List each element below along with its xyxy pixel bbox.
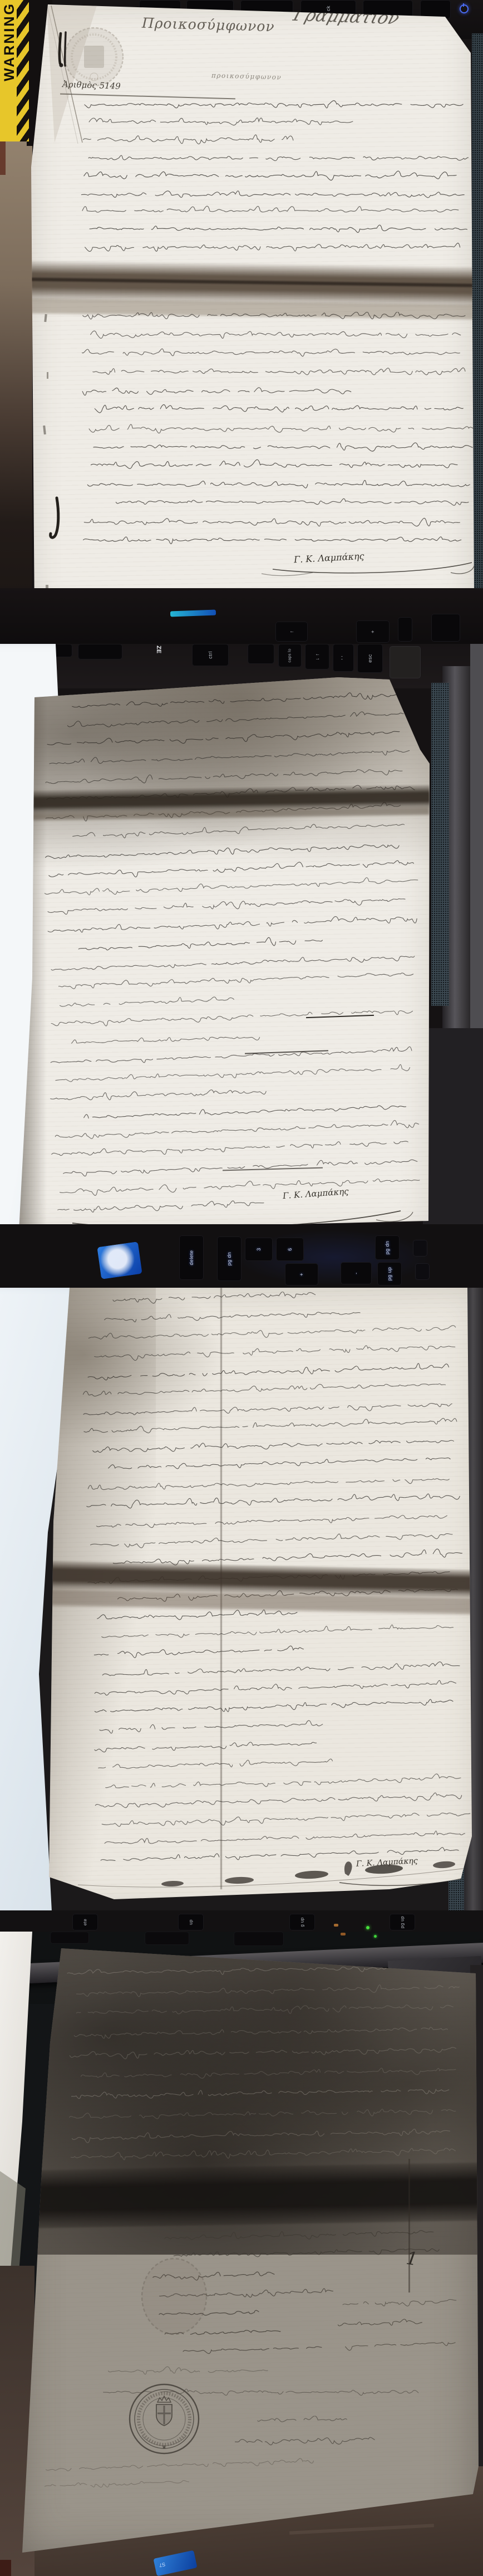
key-label: pg up: [387, 1267, 392, 1281]
keyboard-key: +: [356, 620, 390, 643]
keyboard-key: [50, 1932, 89, 1944]
keyboard-key-pgdn2: pg dn: [375, 1235, 400, 1260]
keyboard-bottom-strip: delete pg dn 3 6 + - pg dn pg up: [0, 1224, 483, 1288]
maroon-sliver: [0, 2560, 11, 2576]
keyboard-bottom-strip: ↑ +: [0, 588, 483, 644]
keyboard-key-pgup: pg up: [377, 1262, 402, 1285]
power-button-icon: [460, 4, 469, 13]
key-label: delete: [189, 1250, 194, 1265]
keyboard-top-strip: ZE ctrl caps lo ↓ ↑ ’ ’ esc: [0, 644, 483, 688]
keyboard-key-esc: esc: [357, 644, 383, 673]
svg-text:★: ★: [162, 2445, 167, 2451]
key-label: ctrl: [208, 651, 213, 659]
keyboard-key-minus: -: [341, 1262, 372, 1284]
key-label: ↓ ↑: [314, 653, 320, 661]
blue-sticker: [97, 1241, 142, 1279]
keyboard-key-ctrl: ctrl: [192, 644, 229, 666]
bezel-logo: ZE: [155, 646, 162, 653]
photo-3: Γ. Κ. Λαμπάκης ete up g up pg up: [0, 1288, 483, 1932]
tape-text: WARNING: [2, 2, 18, 81]
keyboard-bottom-strip: ete up g up pg up: [0, 1910, 483, 1932]
keyboard-key-pgup2: pg up: [390, 1914, 415, 1930]
keyboard-key-delete: delete: [179, 1235, 204, 1280]
handwritten-text-block: [58, 312, 475, 561]
handwritten-text-block: [28, 697, 421, 1223]
photo-collage: ck WARNING: [0, 0, 483, 2576]
margin-stain: [47, 372, 48, 379]
keyboard-key: [248, 644, 274, 664]
notary-script-right: [328, 2299, 467, 2366]
document-page-4: 1 ★: [17, 1943, 479, 2558]
keyboard-key-up: up: [178, 1914, 204, 1930]
margin-stain: [44, 314, 47, 322]
keyboard-key-delete: ete: [72, 1914, 98, 1930]
key-label: 3: [256, 1248, 262, 1250]
green-led: [366, 1926, 369, 1929]
ink-strokes: [57, 31, 72, 71]
key-label: ’ ’: [341, 656, 346, 659]
keyboard-key: [390, 646, 421, 678]
key-label: -: [353, 1272, 359, 1274]
laptop-side-gray: [470, 644, 483, 1045]
key-label: ck: [326, 6, 331, 11]
faint-handwriting-light: [50, 1965, 462, 2171]
speaker-grille: [431, 683, 449, 1006]
keyboard-key: [431, 614, 460, 642]
photo-4: 1 ★ S7: [0, 1932, 483, 2576]
key-label: pg up: [400, 1916, 405, 1928]
document-page-1: Προικοσύμφωνον Γραμμάτιον προικοσύμφωνον…: [28, 2, 476, 620]
tape-stripes: [17, 0, 29, 141]
blue-reflection: [170, 610, 216, 617]
script-right-of-seal: [217, 2416, 384, 2461]
table-red-sliver: [0, 140, 6, 175]
handwritten-text-block: [56, 100, 471, 267]
document-number: Ἀριθμὸς 5149: [62, 79, 121, 91]
handwritten-text-block: [39, 2461, 317, 2494]
warning-tape: WARNING: [0, 0, 29, 141]
key-label: ete: [83, 1919, 88, 1925]
sticker-label: S7: [159, 2562, 166, 2568]
keyboard-key: [78, 644, 122, 659]
document-page-2: Γ. Κ. Λαμπάκης: [11, 666, 434, 1240]
orange-indicator: [334, 1924, 338, 1927]
vertical-crease: [408, 2159, 410, 2293]
keyboard-key-up: ↑: [275, 622, 308, 642]
table-streak: [289, 2524, 434, 2535]
keyboard-key-arrows: ↓ ↑: [305, 644, 329, 669]
faint-round-stamp: [138, 2255, 210, 2338]
official-seal: ★: [125, 2380, 203, 2458]
document-page-3: Γ. Κ. Λαμπάκης: [33, 1288, 479, 1912]
key-label: g up: [300, 1917, 305, 1927]
key-label: +: [370, 630, 376, 633]
key-label: 6: [287, 1248, 293, 1250]
key-label: pg dn: [226, 1252, 232, 1266]
keyboard-key-pgdn: pg dn: [217, 1236, 241, 1281]
orange-indicator: [341, 1933, 346, 1935]
keyboard-key: ’ ’: [333, 644, 354, 672]
keyboard-key-capslock: caps lo: [278, 644, 302, 667]
dark-right-area: [423, 1028, 483, 1229]
key-label: +: [299, 1273, 304, 1276]
key-label: ↑: [289, 630, 294, 633]
keyboard-key-3: 3: [245, 1238, 273, 1261]
page-subtitle: προικοσύμφωνον: [211, 71, 282, 81]
keyboard-key-6: 6: [276, 1238, 304, 1261]
keyboard-key: [234, 1932, 284, 1946]
photo-1: ck WARNING: [0, 0, 483, 644]
key-label: pg dn: [385, 1241, 390, 1255]
keyboard-key: [145, 1932, 189, 1945]
ink-mark: [47, 495, 63, 542]
margin-stain: [43, 426, 46, 434]
table-surface-left: [0, 140, 32, 644]
photo-2: ZE ctrl caps lo ↓ ↑ ’ ’ esc Γ. Κ. Λαμπάκ…: [0, 644, 483, 1288]
key-label: esc: [367, 654, 373, 662]
keyboard-key: [398, 617, 412, 642]
keyboard-key-pgup: g up: [289, 1914, 315, 1930]
green-led: [374, 1935, 377, 1938]
small-function-button: [415, 1263, 430, 1280]
page-title: Προικοσύμφωνον: [142, 15, 275, 35]
key-label: up: [189, 1919, 194, 1925]
keyboard-key-plus: +: [285, 1263, 318, 1285]
small-function-button: [413, 1240, 427, 1257]
key-label: caps lo: [288, 649, 292, 663]
